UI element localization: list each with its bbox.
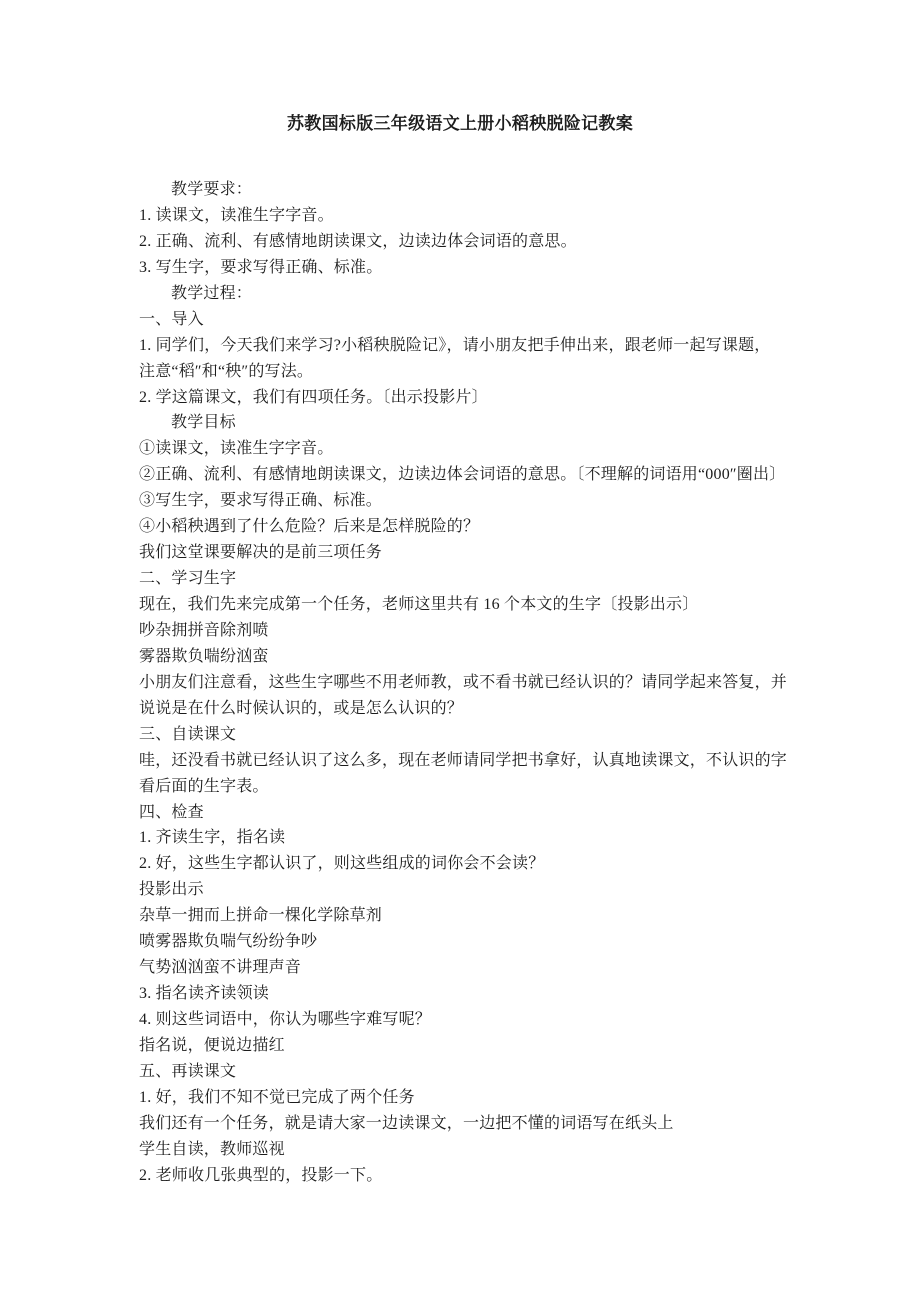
text-line: 2. 老师收几张典型的，投影一下。 [139,1163,799,1189]
text-line: 一、导入 [139,307,799,333]
text-line: 吵杂拥拼音除剂喷 [139,618,799,644]
text-line: 杂草一拥而上拼命一棵化学除草剂 [139,903,799,929]
text-line: 2. 学这篇课文，我们有四项任务。〔出示投影片〕 [139,385,799,411]
text-line: 学生自读，教师巡视 [139,1137,799,1163]
text-line: 小朋友们注意看，这些生字哪些不用老师教，或不看书就已经认识的？请同学起来答复，并 [139,670,799,696]
text-line: 投影出示 [139,877,799,903]
text-line: 雾器欺负喘纷汹蛮 [139,644,799,670]
text-line: 五、再读课文 [139,1059,799,1085]
text-line: 4. 则这些词语中，你认为哪些字难写呢？ [139,1007,799,1033]
text-line: 现在，我们先来完成第一个任务，老师这里共有 16 个本文的生字〔投影出示〕 [139,592,799,618]
text-line: 3. 写生字，要求写得正确、标准。 [139,255,799,281]
text-line: 教学要求： [139,177,799,203]
text-line: 2. 好，这些生字都认识了，则这些组成的词你会不会读？ [139,851,799,877]
text-line: 1. 好，我们不知不觉已完成了两个任务 [139,1085,799,1111]
text-line: 看后面的生字表。 [139,774,799,800]
text-line: 我们这堂课要解决的是前三项任务 [139,540,799,566]
text-line: 教学目标 [139,410,799,436]
text-line: 1. 齐读生字，指名读 [139,825,799,851]
text-line: 注意“稻″和“秧″的写法。 [139,359,799,385]
text-line: 1. 同学们，今天我们来学习?小稻秧脱险记》，请小朋友把手伸出来，跟老师一起写课… [139,333,799,359]
text-line: ①读课文，读准生字字音。 [139,436,799,462]
text-line: ②正确、流利、有感情地朗读课文，边读边体会词语的意思。〔不理解的词语用“000″… [139,462,799,488]
text-line: 四、检查 [139,800,799,826]
document-body: 教学要求：1. 读课文，读准生字字音。2. 正确、流利、有感情地朗读课文，边读边… [139,177,799,1189]
text-line: 我们还有一个任务，就是请大家一边读课文，一边把不懂的词语写在纸头上 [139,1111,799,1137]
text-line: 喷雾器欺负喘气纷纷争吵 [139,929,799,955]
text-line: 2. 正确、流利、有感情地朗读课文，边读边体会词语的意思。 [139,229,799,255]
text-line: 二、学习生字 [139,566,799,592]
document-page: 苏教国标版三年级语文上册小稻秧脱险记教案 教学要求：1. 读课文，读准生字字音。… [0,0,920,1302]
document-title: 苏教国标版三年级语文上册小稻秧脱险记教案 [0,111,920,137]
text-line: 教学过程： [139,281,799,307]
text-line: 气势汹汹蛮不讲理声音 [139,955,799,981]
text-line: ④小稻秧遇到了什么危险？后来是怎样脱险的？ [139,514,799,540]
text-line: 指名说，便说边描红 [139,1033,799,1059]
text-line: 哇，还没看书就已经认识了这么多，现在老师请同学把书拿好，认真地读课文，不认识的字 [139,748,799,774]
text-line: 1. 读课文，读准生字字音。 [139,203,799,229]
text-line: 三、自读课文 [139,722,799,748]
text-line: ③写生字，要求写得正确、标准。 [139,488,799,514]
text-line: 说说是在什么时候认识的，或是怎么认识的？ [139,696,799,722]
text-line: 3. 指名读齐读领读 [139,981,799,1007]
